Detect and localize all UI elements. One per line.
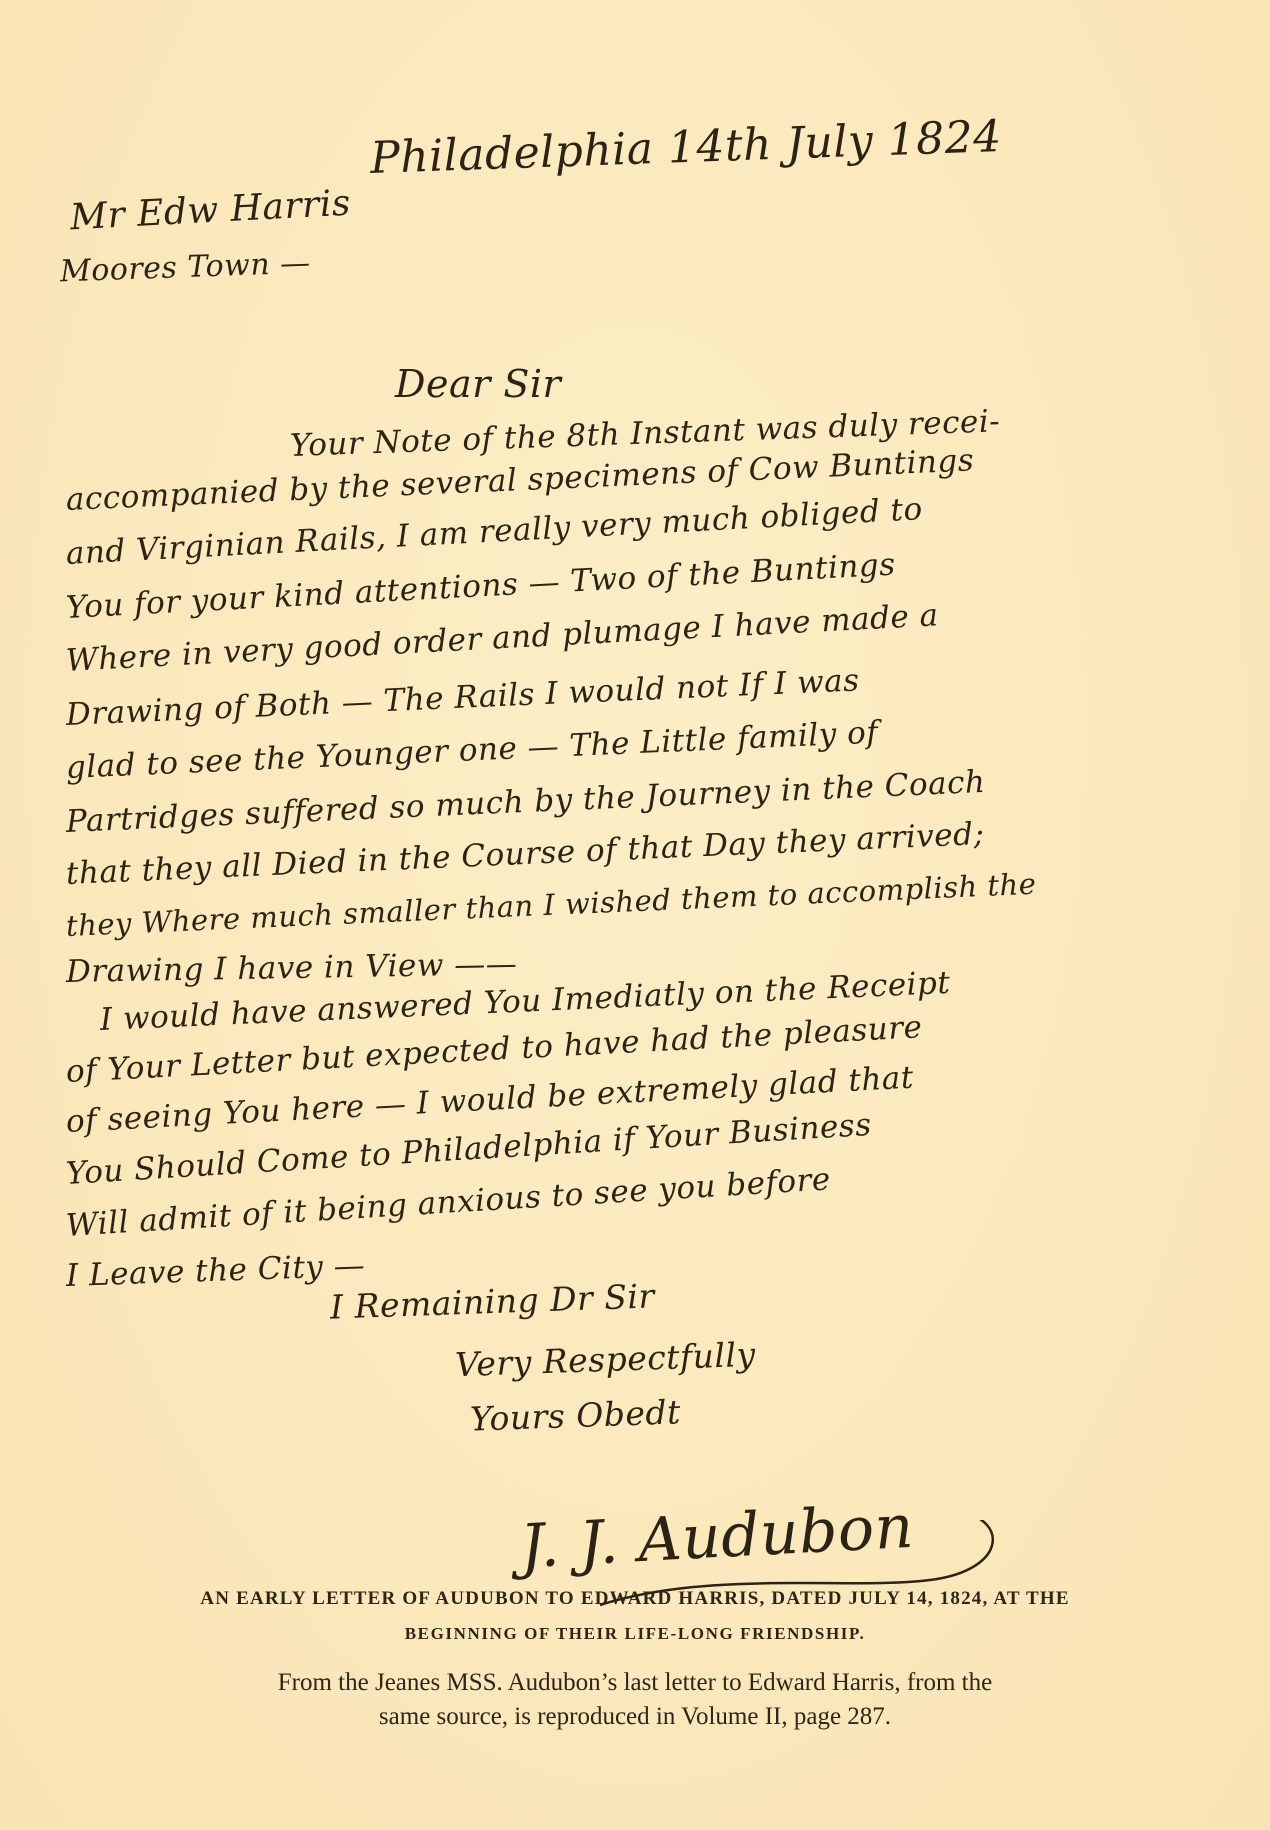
closing-line: I Remaining Dr Sir xyxy=(329,1276,655,1326)
body-line: I Leave the City — xyxy=(65,1248,365,1294)
closing-line: Yours Obedt xyxy=(469,1392,681,1438)
body-line: Drawing I have in View —— xyxy=(66,946,518,990)
letter-address: Moores Town — xyxy=(59,246,311,290)
caption-title-line-1: AN EARLY LETTER OF AUDUBON TO EDWARD HAR… xyxy=(0,1588,1270,1610)
closing-line: Very Respectfully xyxy=(454,1335,756,1384)
caption-source-line-1: From the Jeanes MSS. Audubon’s last lett… xyxy=(0,1666,1270,1700)
letter-dateline: Philadelphia 14th July 1824 xyxy=(369,111,1002,184)
caption-source-line-2: same source, is reproduced in Volume II,… xyxy=(0,1700,1270,1734)
letter-salutation: Dear Sir xyxy=(395,362,561,406)
caption-title-line-2: BEGINNING OF THEIR LIFE-LONG FRIENDSHIP. xyxy=(0,1624,1270,1644)
letter-addressee: Mr Edw Harris xyxy=(69,183,352,239)
caption-source-note: From the Jeanes MSS. Audubon’s last lett… xyxy=(0,1666,1270,1734)
